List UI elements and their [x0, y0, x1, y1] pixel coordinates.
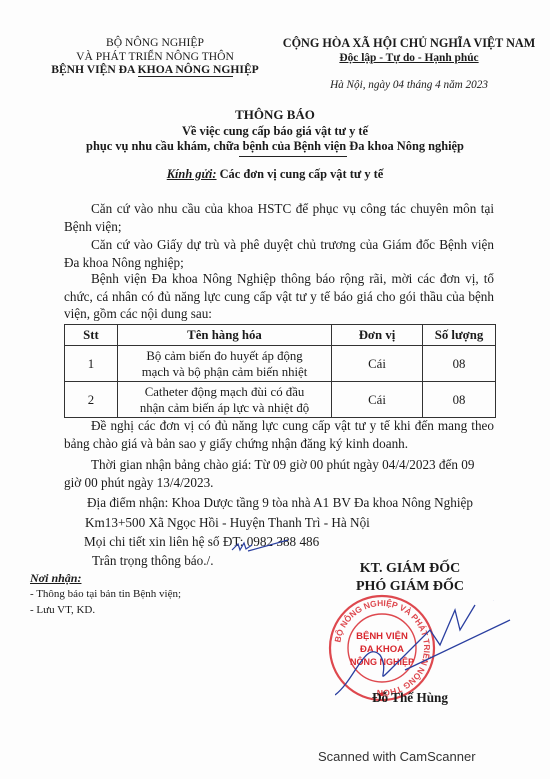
- place-line-2: Km13+500 Xã Ngọc Hồi - Huyện Thanh Trì -…: [85, 514, 370, 531]
- country-name: CỘNG HÒA XÃ HỘI CHỦ NGHĨA VIỆT NAM: [268, 36, 550, 51]
- recipient-value: Các đơn vị cung cấp vật tư y tế: [220, 167, 384, 181]
- item-name-line: nhận cảm biến áp lực và nhiệt độ: [122, 400, 327, 416]
- document-title: THÔNG BÁO: [0, 107, 550, 123]
- cell-stt: 1: [65, 346, 118, 382]
- subtitle-line-2: phục vụ nhu cầu khám, chữa bệnh của Bệnh…: [0, 139, 550, 154]
- closing-line: Trân trọng thông báo./.: [92, 552, 214, 569]
- items-table: Stt Tên hàng hóa Đơn vị Số lượng 1 Bộ cả…: [64, 324, 496, 418]
- ministry-name: BỘ NÔNG NGHIỆP: [30, 36, 280, 50]
- time-line-2: giờ 00 phút ngày 13/4/2023.: [64, 474, 213, 491]
- col-unit: Đơn vị: [332, 325, 423, 346]
- scanned-document: { "header": { "left": { "line1": "BỘ NÔN…: [0, 0, 550, 779]
- subtitle-underline: [239, 156, 347, 157]
- paragraph-announcement: Bệnh viện Đa khoa Nông Nghiệp thông báo …: [64, 270, 494, 323]
- cell-item-name: Bộ cảm biến đo huyết áp động mạch và bộ …: [118, 346, 332, 382]
- initials-mark: [230, 536, 290, 556]
- handwritten-signature-icon: [335, 600, 515, 700]
- place-line-1: Địa điểm nhận: Khoa Dược tầng 9 tòa nhà …: [87, 494, 473, 511]
- recipients-block: Nơi nhận: - Thông báo tại bản tin Bệnh v…: [30, 570, 181, 618]
- recipient-item: - Thông báo tại bản tin Bệnh viện;: [30, 586, 181, 602]
- recipient-line: Kính gửi: Các đơn vị cung cấp vật tư y t…: [0, 167, 550, 182]
- item-name-line: mạch và bộ phận cảm biến nhiệt: [122, 364, 327, 380]
- agency-header: BỘ NÔNG NGHIỆP VÀ PHÁT TRIỂN NÔNG THÔN B…: [30, 36, 280, 77]
- paragraph-basis-2: Căn cứ vào Giấy dự trù và phê duyệt chủ …: [64, 236, 494, 271]
- ministry-name-cont: VÀ PHÁT TRIỂN NÔNG THÔN: [30, 50, 280, 64]
- recipients-heading: Nơi nhận:: [30, 570, 181, 586]
- table-row: 2 Catheter động mạch đùi có đầu nhận cảm…: [65, 382, 496, 418]
- paragraph-basis-1: Căn cứ vào nhu cầu của khoa HSTC để phục…: [64, 200, 494, 235]
- table-header-row: Stt Tên hàng hóa Đơn vị Số lượng: [65, 325, 496, 346]
- scanner-watermark: Scanned with CamScanner: [318, 749, 476, 764]
- header-underline: [138, 76, 233, 77]
- paragraph-request: Đề nghị các đơn vị có đủ năng lực cung c…: [64, 417, 494, 452]
- recipient-label: Kính gửi:: [167, 167, 217, 181]
- national-header: CỘNG HÒA XÃ HỘI CHỦ NGHĨA VIỆT NAM Độc l…: [268, 36, 550, 65]
- cell-quantity: 08: [423, 346, 496, 382]
- col-stt: Stt: [65, 325, 118, 346]
- signature-title: KT. GIÁM ĐỐC PHÓ GIÁM ĐỐC: [330, 560, 490, 596]
- item-name-line: Bộ cảm biến đo huyết áp động: [122, 348, 327, 364]
- motto: Độc lập - Tự do - Hạnh phúc: [268, 51, 550, 66]
- document-date: Hà Nội, ngày 04 tháng 4 năm 2023: [268, 79, 550, 91]
- signer-name: Đỗ Thế Hùng: [330, 690, 490, 706]
- cell-quantity: 08: [423, 382, 496, 418]
- col-item-name: Tên hàng hóa: [118, 325, 332, 346]
- time-line-1: Thời gian nhận bảng chào giá: Từ 09 giờ …: [91, 456, 474, 473]
- cell-item-name: Catheter động mạch đùi có đầu nhận cảm b…: [118, 382, 332, 418]
- signature-line-1: KT. GIÁM ĐỐC: [330, 560, 490, 578]
- cell-unit: Cái: [332, 346, 423, 382]
- subtitle-line-1: Về việc cung cấp báo giá vật tư y tế: [0, 124, 550, 139]
- cell-stt: 2: [65, 382, 118, 418]
- table-row: 1 Bộ cảm biến đo huyết áp động mạch và b…: [65, 346, 496, 382]
- hospital-name: BỆNH VIỆN ĐA KHOA NÔNG NGHIỆP: [30, 63, 280, 77]
- col-quantity: Số lượng: [423, 325, 496, 346]
- item-name-line: Catheter động mạch đùi có đầu: [122, 384, 327, 400]
- cell-unit: Cái: [332, 382, 423, 418]
- recipient-item: - Lưu VT, KD.: [30, 602, 181, 618]
